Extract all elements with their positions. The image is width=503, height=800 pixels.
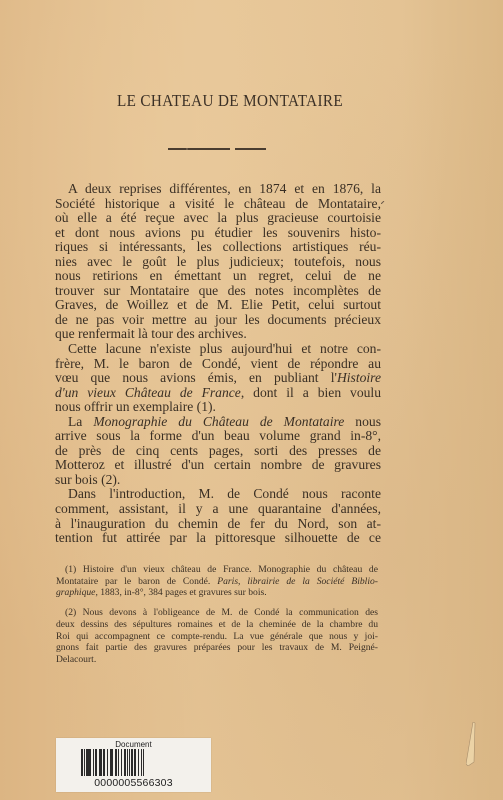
barcode-bar: [144, 749, 145, 776]
ink-speck: [381, 191, 385, 194]
page-title: LE CHATEAU DE MONTATAIRE: [18, 91, 441, 111]
text-line: Dans l'introduction, M. de Condé nous ra…: [55, 487, 381, 502]
text-line: de près de cinq cents pages, sorti des p…: [55, 444, 381, 459]
text-line: La Monographie du Château de Montataire …: [55, 415, 381, 430]
text-line: Motteroz et illustré d'un certain nombre…: [55, 458, 381, 473]
text-line: nous retirions en émettant un regret, ce…: [55, 269, 381, 284]
text-line: à l'inauguration du chemin de fer du Nor…: [55, 517, 381, 532]
paragraph-2: Cette lacune n'existe plus aujourd'hui e…: [55, 342, 381, 415]
footnote-line: Montataire par le baron de Condé. Paris,…: [56, 576, 378, 588]
text-line: sur bois (2).: [55, 473, 381, 488]
footnote-1: (1) Histoire d'un vieux château de Franc…: [56, 564, 378, 599]
text-line: Cette lacune n'existe plus aujourd'hui e…: [55, 342, 381, 357]
paragraph-3: La Monographie du Château de Montataire …: [55, 415, 381, 488]
footnotes: (1) Histoire d'un vieux château de Franc…: [56, 564, 378, 674]
footnote-line: (2) Nous devons à l'obligeance de M. de …: [56, 607, 378, 619]
text-line: A deux reprises différentes, en 1874 et …: [55, 182, 381, 197]
footnote-line: deux dessins des sépultures romaines et …: [56, 619, 378, 631]
footnote-line: graphique, 1883, in-8°, 384 pages et gra…: [56, 587, 378, 599]
text-line: trouver sur Montataire que des notes inc…: [55, 284, 381, 299]
text-line: et dont nous avions pu étudier les souve…: [55, 226, 381, 241]
footnote-2: (2) Nous devons à l'obligeance de M. de …: [56, 607, 378, 666]
barcode-label: Document 0000005566303: [56, 738, 211, 792]
title-divider: [168, 148, 266, 150]
barcode-icon: [81, 749, 187, 776]
text-line: riques si intéressants, les collections …: [55, 240, 381, 255]
paragraph-1: A deux reprises différentes, en 1874 et …: [55, 182, 381, 342]
barcode-number: 0000005566303: [56, 777, 211, 789]
text-line: tention fut attirée par la pittoresque s…: [55, 531, 381, 546]
text-line: de ne pas voir mettre au jour les docume…: [55, 313, 381, 328]
footnote-line: Delacourt.: [56, 654, 378, 666]
body-text: A deux reprises différentes, en 1874 et …: [55, 182, 381, 546]
text-line: que renfermait là tour des archives.: [55, 327, 381, 342]
footnote-line: Roi qui accompagnent ce compte-rendu. La…: [56, 631, 378, 643]
text-line: frère, M. le baron de Condé, vient de ré…: [55, 357, 381, 372]
footnote-line: (1) Histoire d'un vieux château de Franc…: [56, 564, 378, 576]
text-line: arrive sous la forme d'un beau volume gr…: [55, 429, 381, 444]
paper-tear-mark: [466, 722, 476, 766]
barcode-title: Document: [56, 740, 211, 749]
paragraph-4: Dans l'introduction, M. de Condé nous ra…: [55, 487, 381, 545]
text-line: Société historique a visité le château d…: [55, 197, 381, 212]
text-line: comment, assistant, il y a une quarantai…: [55, 502, 381, 517]
footnote-line: gnons fait partie des gravures préparées…: [56, 642, 378, 654]
text-line: Graves, de Woillez et de M. Elie Petit, …: [55, 298, 381, 313]
text-line: nies avec le goût le plus judicieux; tou…: [55, 255, 381, 270]
text-line: vœu que nous avions émis, en publiant l'…: [55, 371, 381, 386]
text-line: d'un vieux Château de France, dont il a …: [55, 386, 381, 401]
text-line: nous offrir un exemplaire (1).: [55, 400, 381, 415]
text-line: où elle a été reçue avec la plus gracieu…: [55, 211, 381, 226]
